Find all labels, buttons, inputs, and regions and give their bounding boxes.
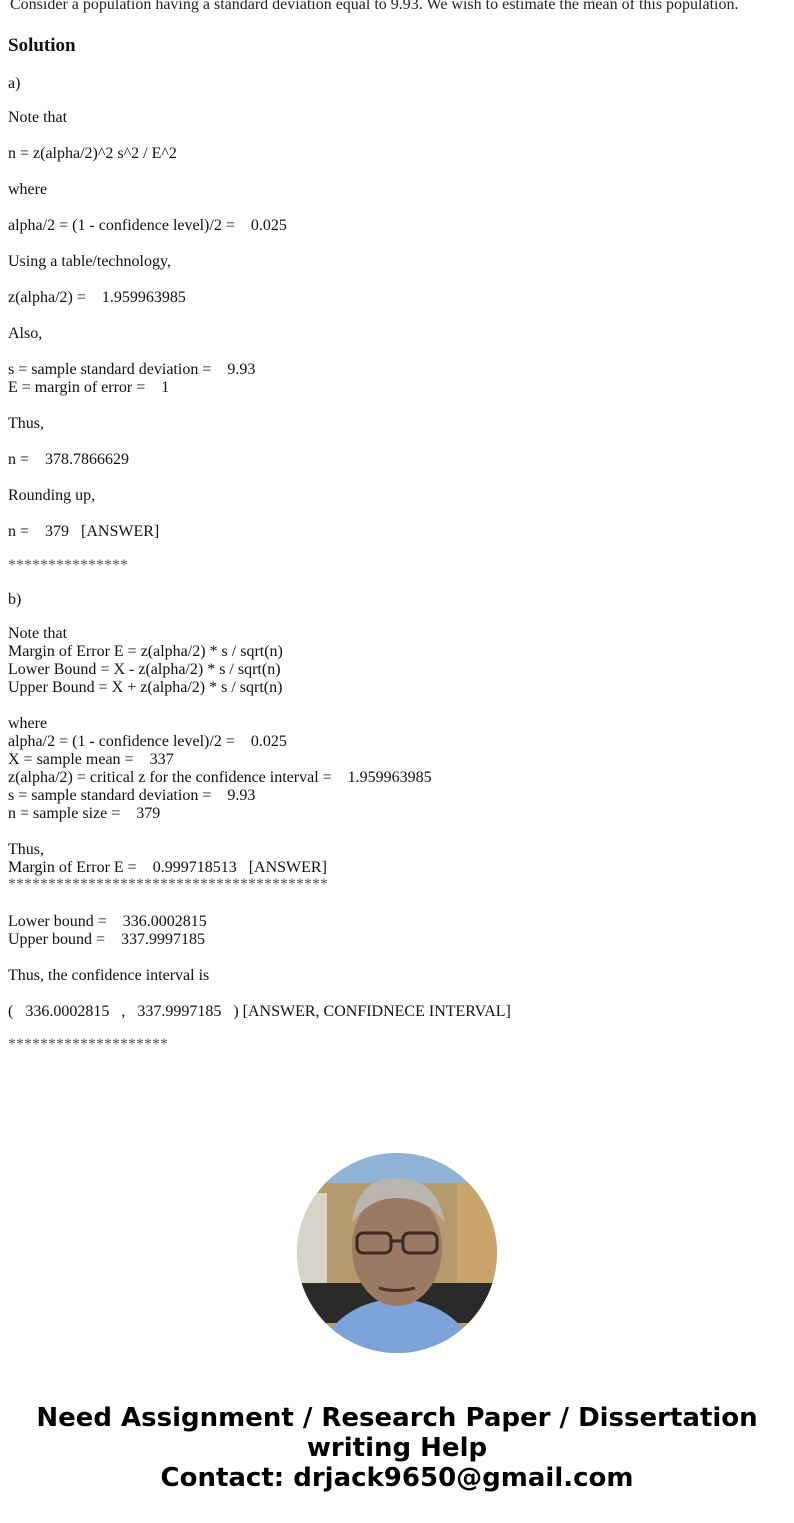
author-photo-icon xyxy=(297,1153,497,1353)
separator-stars-long: **************************************** xyxy=(8,876,328,894)
part-a-n-raw: n = 378.7866629 xyxy=(8,451,129,469)
part-a-label: a) xyxy=(8,75,20,93)
promo-contact: Contact: drjack9650@gmail.com xyxy=(0,1463,794,1493)
part-a-s: s = sample standard deviation = 9.93 xyxy=(8,361,255,379)
part-b-moe-answer: Margin of Error E = 0.999718513 [ANSWER] xyxy=(8,859,327,877)
part-a-z: z(alpha/2) = 1.959963985 xyxy=(8,289,186,307)
part-b-moe-formula: Margin of Error E = z(alpha/2) * s / sqr… xyxy=(8,643,283,661)
part-a-n-answer: n = 379 [ANSWER] xyxy=(8,523,159,541)
part-a-using: Using a table/technology, xyxy=(8,253,171,271)
part-a-rounding: Rounding up, xyxy=(8,487,95,505)
part-a-alpha: alpha/2 = (1 - confidence level)/2 = 0.0… xyxy=(8,217,287,235)
part-b-n: n = sample size = 379 xyxy=(8,805,160,823)
part-a-also: Also, xyxy=(8,325,42,343)
promo-line-2: writing Help xyxy=(0,1433,794,1463)
part-a-formula: n = z(alpha/2)^2 s^2 / E^2 xyxy=(8,145,177,163)
part-b-xbar: X = sample mean = 337 xyxy=(8,751,174,769)
separator-stars: *************** xyxy=(8,557,128,575)
part-b-z: z(alpha/2) = critical z for the confiden… xyxy=(8,769,432,787)
question-text: Consider a population having a standard … xyxy=(10,0,739,14)
part-a-note: Note that xyxy=(8,109,67,127)
part-b-thus: Thus, xyxy=(8,841,44,859)
part-a-thus: Thus, xyxy=(8,415,44,433)
part-b-where: where xyxy=(8,715,47,733)
author-avatar xyxy=(297,1153,497,1353)
part-b-upper: Upper bound = 337.9997185 xyxy=(8,931,205,949)
part-b-s: s = sample standard deviation = 9.93 xyxy=(8,787,255,805)
part-a-where: where xyxy=(8,181,47,199)
part-b-ci-intro: Thus, the confidence interval is xyxy=(8,967,209,985)
part-b-note: Note that xyxy=(8,625,67,643)
promo-banner: Need Assignment / Research Paper / Disse… xyxy=(0,1403,794,1493)
part-b-ci-answer: ( 336.0002815 , 337.9997185 ) [ANSWER, C… xyxy=(8,1003,511,1021)
solution-heading: Solution xyxy=(8,35,76,57)
part-a-E: E = margin of error = 1 xyxy=(8,379,169,397)
part-b-upper-formula: Upper Bound = X + z(alpha/2) * s / sqrt(… xyxy=(8,679,282,697)
part-b-lower-formula: Lower Bound = X - z(alpha/2) * s / sqrt(… xyxy=(8,661,281,679)
promo-line-1: Need Assignment / Research Paper / Disse… xyxy=(0,1403,794,1433)
part-b-label: b) xyxy=(8,591,21,609)
part-b-lower: Lower bound = 336.0002815 xyxy=(8,913,207,931)
part-b-alpha: alpha/2 = (1 - confidence level)/2 = 0.0… xyxy=(8,733,287,751)
separator-stars-end: ******************** xyxy=(8,1036,168,1054)
